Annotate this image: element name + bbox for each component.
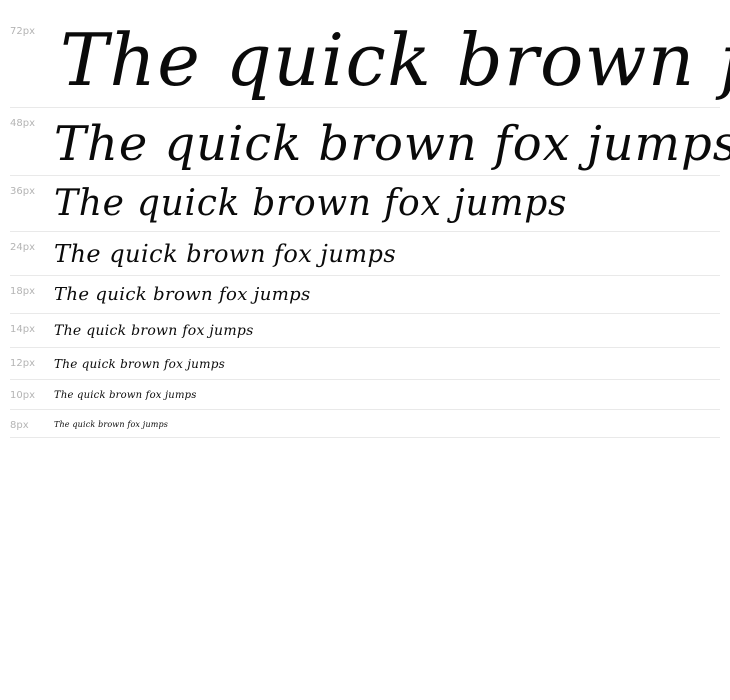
- sample-text: The quick brown fox jumps: [54, 418, 168, 432]
- waterfall-row-10: 10px The quick brown fox jumps: [10, 380, 720, 410]
- sample-text: The quick brown fox jumps: [54, 388, 197, 404]
- sample-text: The quick brown fox jumps: [54, 238, 396, 270]
- size-label: 14px: [10, 324, 35, 336]
- waterfall-row-18: 18px The quick brown fox jumps: [10, 276, 720, 314]
- size-label: 24px: [10, 242, 35, 254]
- sample-text: The quick brown fox jumps: [54, 321, 254, 341]
- waterfall-row-48: 48px The quick brown fox jumps: [10, 108, 720, 176]
- waterfall-row-36: 36px The quick brown fox jumps: [10, 176, 720, 232]
- size-label: 10px: [10, 390, 35, 402]
- size-label: 18px: [10, 286, 35, 298]
- waterfall-row-24: 24px The quick brown fox jumps: [10, 232, 720, 276]
- size-label: 8px: [10, 420, 29, 432]
- sample-text: The quick brown fox jumps: [54, 180, 567, 228]
- waterfall-row-12: 12px The quick brown fox jumps: [10, 348, 720, 380]
- sample-text: The quick brown fox jumps: [54, 355, 225, 373]
- size-label: 36px: [10, 186, 35, 198]
- waterfall-row-8: 8px The quick brown fox jumps: [10, 410, 720, 438]
- waterfall-row-72: 72px The quick brown fox jumps: [10, 0, 720, 108]
- font-size-waterfall: 72px The quick brown fox jumps 48px The …: [0, 0, 730, 440]
- sample-text: The quick brown fox jumps: [54, 282, 311, 308]
- size-label: 72px: [10, 26, 35, 38]
- waterfall-row-14: 14px The quick brown fox jumps: [10, 314, 720, 348]
- sample-text: The quick brown fox jumps: [60, 12, 730, 108]
- sample-text: The quick brown fox jumps: [54, 112, 730, 176]
- size-label: 12px: [10, 358, 35, 370]
- size-label: 48px: [10, 118, 35, 130]
